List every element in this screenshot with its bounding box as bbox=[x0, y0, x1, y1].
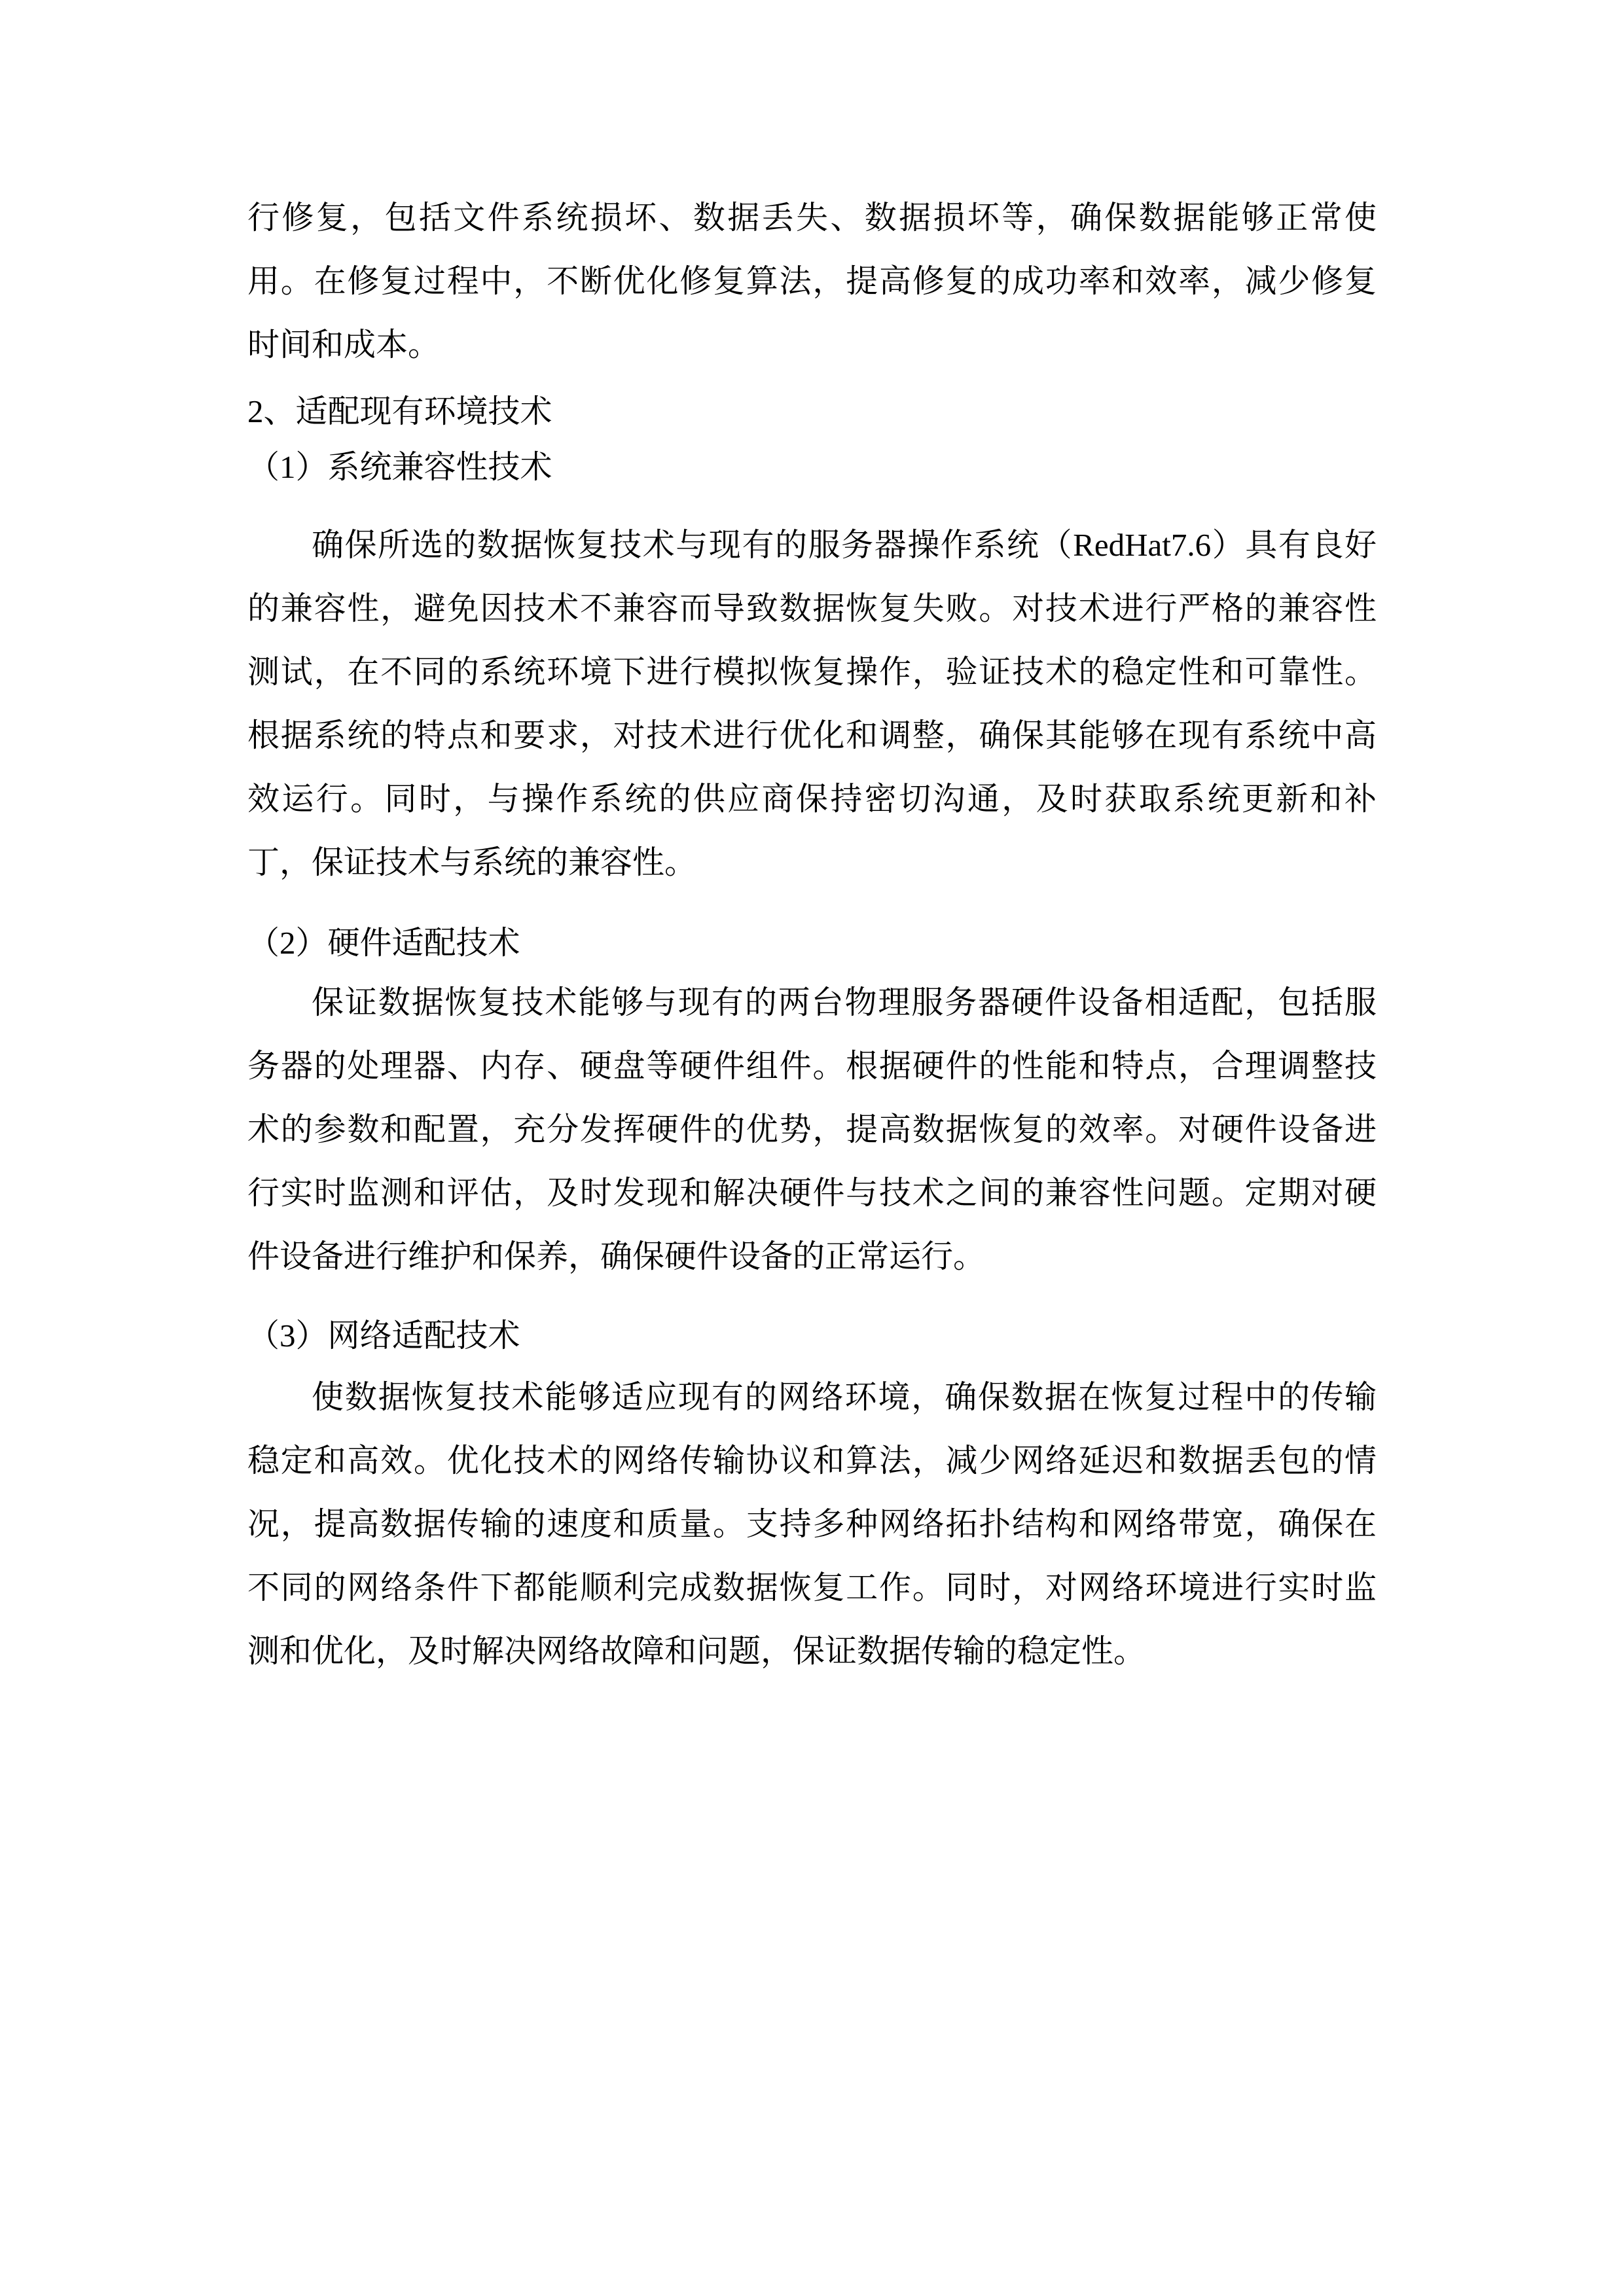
paragraph-system-compatibility: 确保所选的数据恢复技术与现有的服务器操作系统（RedHat7.6）具有良好 的兼… bbox=[247, 513, 1377, 894]
text-line: 测和优化，及时解决网络故障和问题，保证数据传输的稳定性。 bbox=[247, 1619, 1377, 1683]
text-line: 务器的处理器、内存、硬盘等硬件组件。根据硬件的性能和特点，合理调整技 bbox=[247, 1034, 1377, 1098]
document-page: 行修复，包括文件系统损坏、数据丢失、数据损坏等，确保数据能够正常使 用。在修复过… bbox=[0, 0, 1624, 2296]
text-line: 丁，保证技术与系统的兼容性。 bbox=[247, 831, 1377, 894]
text-line: 不同的网络条件下都能顺利完成数据恢复工作。同时，对网络环境进行实时监 bbox=[247, 1556, 1377, 1619]
text-line: 况，提高数据传输的速度和质量。支持多种网络拓扑结构和网络带宽，确保在 bbox=[247, 1492, 1377, 1556]
text-line: 效运行。同时，与操作系统的供应商保持密切沟通，及时获取系统更新和补 bbox=[247, 767, 1377, 831]
text-line: 根据系统的特点和要求，对技术进行优化和调整，确保其能够在现有系统中高 bbox=[247, 704, 1377, 767]
subsection-heading-hardware-adaptation: （2）硬件适配技术 bbox=[247, 915, 1377, 971]
paragraph-network-adaptation: 使数据恢复技术能够适应现有的网络环境，确保数据在恢复过程中的传输 稳定和高效。优… bbox=[247, 1365, 1377, 1683]
paragraph-continuation: 行修复，包括文件系统损坏、数据丢失、数据损坏等，确保数据能够正常使 用。在修复过… bbox=[247, 186, 1377, 376]
text-line: 稳定和高效。优化技术的网络传输协议和算法，减少网络延迟和数据丢包的情 bbox=[247, 1429, 1377, 1492]
text-line: 行修复，包括文件系统损坏、数据丢失、数据损坏等，确保数据能够正常使 bbox=[247, 186, 1377, 249]
text-line: 保证数据恢复技术能够与现有的两台物理服务器硬件设备相适配，包括服 bbox=[247, 971, 1377, 1034]
section-heading: 2、适配现有环境技术 bbox=[247, 384, 1377, 439]
text-line: 确保所选的数据恢复技术与现有的服务器操作系统（RedHat7.6）具有良好 bbox=[247, 513, 1377, 577]
text-line: 术的参数和配置，充分发挥硬件的优势，提高数据恢复的效率。对硬件设备进 bbox=[247, 1098, 1377, 1161]
text-line: 时间和成本。 bbox=[247, 313, 1377, 376]
text-line: 测试，在不同的系统环境下进行模拟恢复操作，验证技术的稳定性和可靠性。 bbox=[247, 640, 1377, 704]
paragraph-hardware-adaptation: 保证数据恢复技术能够与现有的两台物理服务器硬件设备相适配，包括服 务器的处理器、… bbox=[247, 971, 1377, 1288]
text-line: 件设备进行维护和保养，确保硬件设备的正常运行。 bbox=[247, 1225, 1377, 1288]
text-line: 的兼容性，避免因技术不兼容而导致数据恢复失败。对技术进行严格的兼容性 bbox=[247, 577, 1377, 640]
text-line: 使数据恢复技术能够适应现有的网络环境，确保数据在恢复过程中的传输 bbox=[247, 1365, 1377, 1429]
subsection-heading-network-adaptation: （3）网络适配技术 bbox=[247, 1308, 1377, 1363]
subsection-heading-system-compatibility: （1）系统兼容性技术 bbox=[247, 439, 1377, 495]
text-line: 用。在修复过程中，不断优化修复算法，提高修复的成功率和效率，减少修复 bbox=[247, 249, 1377, 313]
page-text-block: 行修复，包括文件系统损坏、数据丢失、数据损坏等，确保数据能够正常使 用。在修复过… bbox=[247, 186, 1377, 1683]
text-line: 行实时监测和评估，及时发现和解决硬件与技术之间的兼容性问题。定期对硬 bbox=[247, 1161, 1377, 1225]
